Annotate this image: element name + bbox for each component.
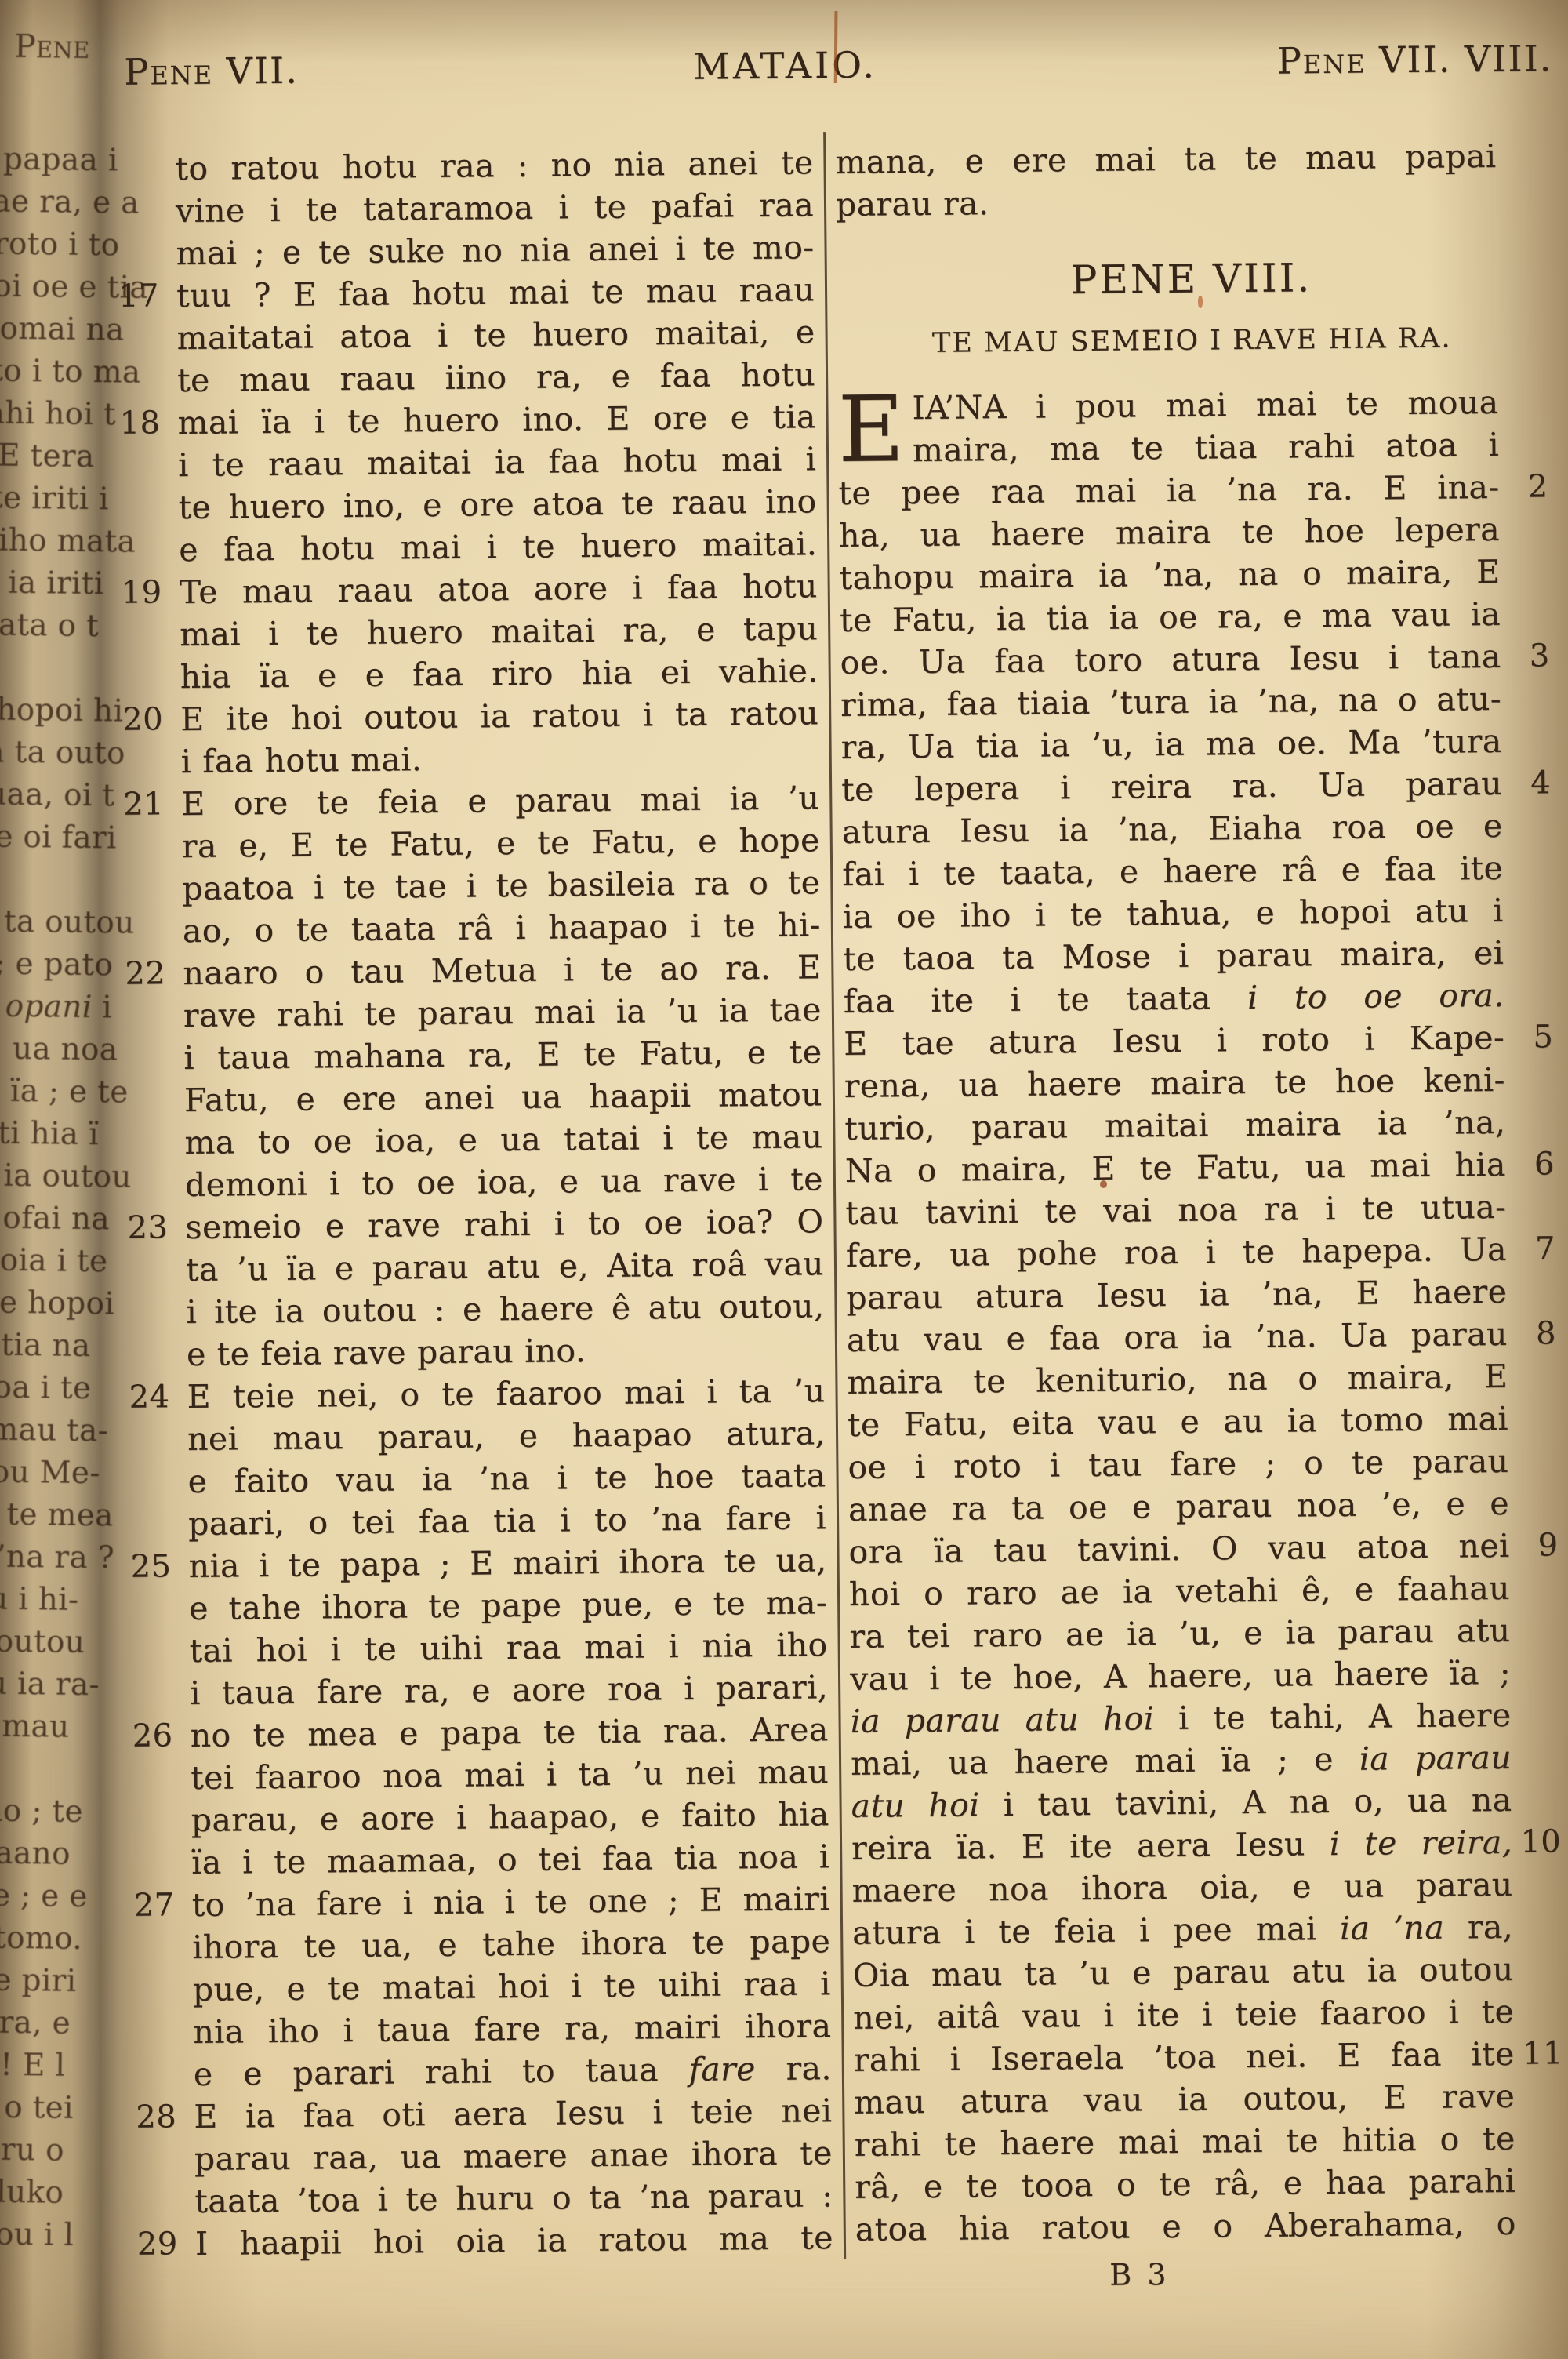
gutter-text-line: i roto i to [0, 223, 88, 267]
gutter-text-line: tou ia ra- [0, 1663, 70, 1707]
verse-line: oe.UafaatoroaturaIesuitana3 [840, 634, 1549, 684]
chapter7-closing-lines: mana,eeremaitatemaupapaiparaura. [835, 134, 1545, 226]
gutter-text-line: puaa, oi t [0, 773, 81, 817]
verse-number: 7 [1507, 1227, 1556, 1270]
gutter-text-line: te mau [0, 1705, 70, 1749]
gutter-text-line: te tia na [0, 1324, 74, 1368]
verse-number [1507, 1270, 1556, 1313]
verse-number [1512, 1863, 1562, 1906]
gutter-text-line: te tomo. [0, 1917, 67, 1961]
verse-number [133, 1841, 192, 1885]
verse-line: temauraauiinora,efaahotu [119, 353, 815, 402]
verse-line: 22naarootauMetuaiteaora.E [125, 946, 821, 995]
verse-number [1515, 2074, 1564, 2117]
verse-number: 17 [118, 274, 177, 318]
verse-line: demoniitooeioa,euaraveite [127, 1158, 823, 1207]
gutter-text-line [0, 858, 80, 902]
verse-line: itauafarera,eaoreroaiparari, [132, 1666, 828, 1715]
verse-line: taata’toaitehuruota’naparau: [136, 2174, 833, 2223]
gutter-text-line: e luko [0, 2171, 64, 2215]
verse-line: 27to’nafareiniaiteone;Emairi [134, 1877, 830, 1927]
verse-line: teifaaroonoamaiita’uneimau [132, 1750, 829, 1800]
verse-number [123, 740, 182, 783]
verse-line: itauamahanara,EteFatu,ete [125, 1030, 822, 1080]
verse-line: eepararirahitotauafarera. [136, 2047, 832, 2096]
gutter-text-line: i te iriti i [0, 477, 85, 521]
running-header-right: Pene VII. VIII. [1277, 37, 1553, 82]
verse-number [1500, 550, 1549, 593]
verse-number [1503, 889, 1552, 932]
verse-line: ïaitemaamaa,oteifaatianoai [133, 1835, 829, 1885]
verse-line: neimauparau,ehaapaoatura, [129, 1412, 826, 1461]
verse-number [132, 1672, 191, 1715]
verse-number: 10 [1512, 1820, 1562, 1863]
gutter-text-line: Homai na [0, 307, 87, 351]
verse-line: 19Temauraauatoaaoreifaahotu [121, 565, 817, 614]
gutter-text-line: tou i hi- [0, 1578, 71, 1622]
gutter-text-line: re, o tei [0, 2086, 65, 2130]
verse-number [128, 1249, 187, 1292]
verse-number [1512, 1736, 1561, 1779]
facing-page-gutter-text: Pene e papaa ieae ra, e ai roto i tohoi … [0, 22, 90, 2257]
running-header-title: MATAIO. [667, 43, 903, 88]
verse-line: iaparauatuhoiitetahi,Ahaere [850, 1693, 1559, 1743]
verse-number [1502, 804, 1552, 847]
verse-number [1500, 507, 1549, 551]
book-page-scan: Pene e papaa ieae ra, e ai roto i tohoi … [0, 0, 1568, 2359]
verse-line: ra,Uatiaia’u,iamaoe.Ma’tura [840, 719, 1550, 769]
verse-line: atuhoiitautavini,Anao,uana [851, 1778, 1560, 1827]
verse-line: tetaoataMoseiparaumaira,ei [843, 931, 1552, 980]
verse-number: 24 [129, 1376, 187, 1419]
verse-line: aturaitefeiaipeemaiia’nara, [852, 1905, 1562, 1954]
gutter-text-line: te opani i [0, 985, 78, 1029]
gutter-text-line: ă, e hopoi [0, 1281, 74, 1325]
verse-number [1511, 1693, 1560, 1736]
verse-line: vauitehoe,Ahaere,uahaereïa; [850, 1651, 1559, 1700]
verse-line: etaheihoratepapepue,etema- [131, 1581, 827, 1630]
verse-line: hiaïaeefaarirohiaeivahie. [122, 649, 818, 699]
verse-line: tautavinitevainoaraiteutua- [845, 1185, 1555, 1234]
verse-line: 26notemeaepapatetiaraa.Area [132, 1708, 828, 1757]
verse-line: pue,etemataihoiiteuihiraai [135, 1962, 831, 2012]
verse-line: paari,oteifaatiaito’nafarei [130, 1496, 826, 1546]
verse-line: Fatu,eereaneiuahaapiimatou [126, 1073, 822, 1122]
verse-line: teleperaireirara.Uaparau4 [841, 761, 1551, 811]
verse-number: 18 [119, 402, 178, 445]
gutter-text-line: e iho mata [0, 519, 84, 563]
gutter-text-line: eae ra, e a [0, 180, 89, 224]
verse-line: 18maiïaitehueroino.Eoreetia [119, 395, 815, 445]
gutter-text-line: u ; e pato [0, 943, 79, 987]
verse-number [1514, 1990, 1563, 2033]
verse-number [1497, 176, 1546, 220]
verse-line: ihorateua,etaheihoratepape [134, 1920, 830, 1969]
verse-number [1501, 592, 1550, 635]
verse-number [1504, 931, 1553, 974]
verse-line: Oiamauta’ueparauatuiaoutou [852, 1947, 1562, 1997]
gutter-text-line: ai ia iriti [0, 562, 84, 605]
verse-line: parauaturaIesuia’na,Ehaere [846, 1270, 1555, 1319]
verse-number [128, 1291, 187, 1334]
verse-number [125, 1037, 184, 1080]
gutter-text-line: ? E tera [0, 434, 85, 478]
gutter-text-line: iriti hia ï [0, 1112, 77, 1156]
verse-number [1501, 677, 1551, 720]
verse-number: 22 [125, 952, 183, 995]
verse-number [135, 1968, 194, 2012]
verse-number [1508, 1354, 1557, 1398]
gutter-text-line: a i te mea [0, 1493, 72, 1537]
verse-line: ta’uïaeparauatue,Aitaroâvau [128, 1242, 824, 1292]
verse-line: mai,uahaeremaiïa;eiaparau [851, 1736, 1560, 1785]
verse-line: hoioraroaeiavetahiê,efaahau [849, 1566, 1559, 1616]
verse-number [122, 613, 180, 656]
gutter-text-line [0, 646, 82, 690]
verse-line: EtaeaturaIesuirotoiKape-5 [844, 1016, 1553, 1065]
verse-number [1511, 1651, 1560, 1694]
verse-number [1504, 973, 1553, 1016]
verse-number [1508, 1439, 1558, 1482]
paper-stain [1100, 1180, 1107, 1188]
verse-line: niaihoitauafarera,mairiihora [135, 2005, 831, 2054]
verse-line: 28EiafaaotiaeraIesuiteienei [136, 2089, 832, 2139]
verse-line: vineitetataramoaitepafairaa [118, 184, 814, 233]
verse-line: maitataiatoaitehueromaitai,e [118, 311, 815, 360]
verse-number [127, 1164, 186, 1207]
verse-line: tehueroino,eoreatoateraauino [120, 480, 816, 529]
verse-number [122, 656, 180, 699]
verse-line: 29Ihaapiihoioiaiaratoumate [137, 2216, 833, 2266]
verse-number [132, 1757, 191, 1800]
verse-number [131, 1587, 190, 1630]
verse-line: EIA’NAipoumaimaitemoua [837, 380, 1547, 430]
verse-number [121, 529, 180, 572]
verse-number [1515, 2159, 1565, 2202]
verse-line: parauraa,uamaereanaeihorate [136, 2132, 833, 2181]
gutter-text-line [0, 1747, 69, 1791]
gutter-text-line: ai ta outou [0, 900, 79, 944]
verse-line: mairatekeniturio,naomaira,E [847, 1354, 1556, 1404]
verse-line: ao,otetaatarâihaapaoitehi- [125, 903, 821, 953]
verse-number [118, 190, 176, 233]
verse-number: 4 [1502, 761, 1552, 805]
verse-line: teFatu,eitavaueauiatomomai [848, 1397, 1557, 1446]
gutter-text-line: ohe ; e e [0, 1874, 67, 1918]
verse-line: 24Eteienei,otefaaroomaiita’u [129, 1369, 825, 1419]
verse-number: 5 [1504, 1016, 1554, 1059]
verse-number [117, 147, 176, 191]
verse-number: 2 [1499, 465, 1548, 508]
verse-line: oeirotoitaufare;oteparau [848, 1439, 1557, 1488]
gutter-text-line: hoi oe e tia [0, 265, 87, 309]
verse-number [131, 1630, 190, 1673]
verse-line: rateiraroaeia’u,eiaparauatu [849, 1608, 1559, 1658]
verse-line: mai;etesukenoniaaneiitemo- [118, 226, 814, 275]
paper-stain [1198, 296, 1203, 308]
right-text-column: mana,eeremaitatemaupapaiparaura. PENE VI… [835, 134, 1565, 2251]
gutter-text-line: ratou i l [0, 2213, 64, 2257]
verse-line: ifaahotumai. [123, 734, 819, 783]
verse-number [129, 1333, 187, 1376]
gutter-text-line: e te piri [0, 1959, 67, 2003]
verse-number [1513, 1947, 1563, 1990]
verse-line: matooeioa,euatataiitemau [126, 1115, 822, 1165]
verse-line: 17tuu?Efaahotumaitemauraau [118, 268, 815, 318]
gutter-text-line: oroa i te [0, 1366, 74, 1410]
verse-line: teFatu,iatiaiaoera,emavauia [840, 592, 1549, 642]
ink-artifact-mark [834, 11, 838, 83]
verse-line: maira,matetiaarahiatoai [838, 423, 1548, 472]
verse-line: iteraaumaitaiiafaahotumaii [120, 438, 816, 487]
verse-number [1510, 1608, 1559, 1652]
verse-line: iiteiaoutou:ehaereêatuoutou, [128, 1285, 824, 1334]
verse-line: 25niaitepapa;Emairiihorateua, [130, 1539, 826, 1588]
verse-number: 9 [1509, 1524, 1559, 1567]
verse-line: rima,faatiaia’turaia’na,naoatu- [840, 677, 1550, 726]
verse-line: toratouhoturaa:noniaaneite [117, 141, 813, 191]
left-text-column: toratouhoturaa:noniaaneitevineitetataram… [117, 141, 833, 2265]
verse-line: anaerataoeeparaunoa’e,ee [848, 1481, 1558, 1531]
printed-page: Pene VII. MATAIO. Pene VII. VIII. torato… [107, 24, 1568, 2344]
verse-number [136, 2053, 194, 2096]
running-header: Pene VII. MATAIO. Pene VII. VIII. [107, 37, 1557, 95]
verse-line: ha,uahaeremairatehoelepera [839, 507, 1548, 557]
verse-line: râ,etetooaoterâ,ehaaparahi [855, 2159, 1564, 2208]
verse-number: 27 [134, 1884, 193, 1927]
verse-number [132, 1799, 191, 1842]
verse-line: mana,eeremaitatemaupapai [835, 134, 1544, 184]
gutter-text-line: te ofai na [0, 1197, 76, 1241]
gutter-text-line: mata o t [0, 604, 83, 648]
verse-number: 20 [122, 698, 181, 741]
verse-number [1496, 134, 1545, 177]
verse-number [126, 1079, 185, 1122]
verse-number [125, 994, 184, 1038]
gutter-text-line: oa ta outo [0, 731, 82, 775]
verse-number [1505, 1100, 1555, 1143]
verse-number [1499, 423, 1548, 466]
verse-line: paraura. [836, 176, 1545, 226]
verse-line: 20Eitehoioutouiaratouitaratou [122, 692, 818, 741]
verse-line: faaiteitetaataitooeora. [844, 973, 1553, 1023]
verse-number: 3 [1501, 634, 1550, 678]
verse-number [136, 2180, 195, 2223]
gutter-text-line: u mau ta- [0, 1408, 73, 1452]
verse-line: rena,uahaeremairatehoekeni- [844, 1058, 1554, 1107]
gutter-text-line: to ia outou [0, 1154, 76, 1198]
verse-number [1510, 1566, 1559, 1609]
gutter-text-line: ia ’na ra ? [0, 1536, 71, 1579]
verse-number [124, 825, 183, 868]
verse-number [1506, 1185, 1555, 1228]
verse-line: mauaturavauiaoutou,Erave [854, 2074, 1563, 2124]
verse-number [124, 867, 183, 911]
verse-line: oraïatautavini.Ovauatoanei9 [848, 1524, 1558, 1573]
gutter-text-line: ia outou [0, 1620, 71, 1664]
gutter-text-line: e hopoi hi [0, 689, 82, 732]
verse-line: turio,paraumaitaimairaia’na, [844, 1100, 1554, 1150]
verse-number: 29 [137, 2223, 196, 2266]
verse-number [1498, 380, 1548, 423]
verse-number [120, 486, 179, 529]
verse-line: fare,uapoheroaitehapepa.Ua7 [846, 1227, 1555, 1277]
verse-number: 26 [132, 1714, 191, 1757]
verse-line: iaoeihoitetahua,ehopoiatui [842, 889, 1552, 938]
gutter-text-line: e e oi fari [0, 816, 81, 860]
verse-number: 21 [123, 783, 182, 826]
verse-number [1501, 719, 1551, 762]
chapter-heading: PENE VIII. [837, 250, 1547, 307]
verse-line: atuvauefaaoraia’na.Uaparau8 [847, 1312, 1556, 1361]
verse-line: Naomaira,EteFatu,uamaihia6 [845, 1143, 1555, 1192]
verse-line: efaitovauia’naitehoetaata [129, 1454, 826, 1503]
verse-line: rahiiIseraela’toanei.Efaaite11 [853, 2032, 1563, 2081]
verse-number [134, 1926, 193, 1969]
verse-number [136, 2138, 195, 2181]
verse-number [129, 1418, 188, 1461]
verse-number [129, 1460, 188, 1503]
verse-line: faiitetaata,ehaererâefaaite [842, 846, 1552, 896]
signature-mark: B 3 [1073, 2257, 1206, 2293]
verse-line: 21Eoretefeiaeparaumaiia’u [123, 776, 819, 826]
gutter-text-line: rahi hoi t [0, 392, 85, 436]
verse-line: 23semeioeraverahiitooeioa?O [127, 1200, 823, 1249]
gutter-text-line: te aano [0, 1832, 68, 1876]
verse-line: parau,eaoreihaapao,efaitohia [132, 1793, 829, 1842]
verse-line: rae,EteFatu,eteFatu,ehope [124, 819, 820, 868]
gutter-text-line: e ! E l [0, 2044, 66, 2088]
verse-line: etefeiaraveparauino. [129, 1327, 825, 1376]
running-header-left: Pene VII. [124, 49, 299, 93]
verse-number: 28 [136, 2095, 194, 2139]
verse-line: maerenoaihoraoia,euaparau [851, 1863, 1561, 1912]
gutter-text-line: oi, ua noa [0, 1027, 78, 1071]
verse-line: taihoiiteuihiraamaiiniaiho [131, 1623, 827, 1673]
verse-line: tepeeraamaiia’nara.Eina-2 [838, 465, 1548, 514]
verse-number [1508, 1397, 1558, 1440]
verse-number [135, 2011, 194, 2054]
gutter-text-line: ea ïa ; e te [0, 1070, 78, 1114]
gutter-text-line: e papaa i [0, 138, 89, 182]
verse-line: tahopumairaia’na,naomaira,E [839, 550, 1548, 599]
verse-number [1512, 1778, 1561, 1821]
gutter-text-line: ai oia i te [0, 1239, 75, 1283]
gutter-text-line: e ora, e [0, 2001, 66, 2045]
verse-number [1503, 846, 1552, 889]
verse-line: maiitehueromaitaira,etapu [122, 607, 818, 656]
chapter-subtitle: TE MAU SEMEIO I RAVE HIA RA. [837, 321, 1547, 361]
verse-number: 25 [130, 1545, 189, 1588]
verse-number: 23 [127, 1206, 186, 1249]
verse-number [118, 232, 176, 275]
verse-number: 11 [1514, 2032, 1563, 2075]
gutter-text-line: ihao ; te [0, 1790, 68, 1834]
verse-line: efaahotumaiitehueromaitai. [121, 522, 817, 572]
verse-number [1505, 1058, 1555, 1101]
verse-line: paatoaitetaeitebasileiaraote [124, 861, 820, 911]
verse-line: reiraïa.EiteaeraIesuitereira,10 [851, 1820, 1561, 1870]
verse-number [1515, 2117, 1564, 2160]
verse-number [125, 910, 183, 953]
verse-line: aturaIesuia’na,Eiaharoaoee [841, 804, 1551, 853]
verse-number [130, 1503, 189, 1546]
chapter8-body: EIA’NAipoumaimaitemouamaira,matetiaarahi… [837, 380, 1565, 2251]
gutter-text-line: utou Me- [0, 1451, 73, 1495]
verse-line: rahitehaeremaimaitehitiaote [854, 2117, 1563, 2166]
facing-page-header-fragment: Pene [0, 22, 90, 71]
verse-number: 19 [121, 571, 180, 614]
verse-number [126, 1121, 185, 1165]
verse-line: atoahiaratoueoAberahama,o [855, 2201, 1565, 2251]
verse-line: raverahiteparaumaiia’uiatae [125, 988, 822, 1038]
verse-number: 6 [1506, 1143, 1555, 1186]
verse-number [119, 359, 178, 402]
verse-number [120, 444, 179, 487]
verse-number [1513, 1905, 1563, 1948]
verse-line: nei,aitâvauiiteiteiefaarooite [853, 1990, 1563, 2039]
gutter-text-line: huru o [0, 2128, 64, 2172]
gutter-text-line: oto i to ma [0, 350, 86, 394]
verse-number [1515, 2201, 1565, 2245]
verse-number: 8 [1508, 1312, 1557, 1355]
verse-number [1509, 1481, 1559, 1525]
verse-number [118, 317, 177, 360]
